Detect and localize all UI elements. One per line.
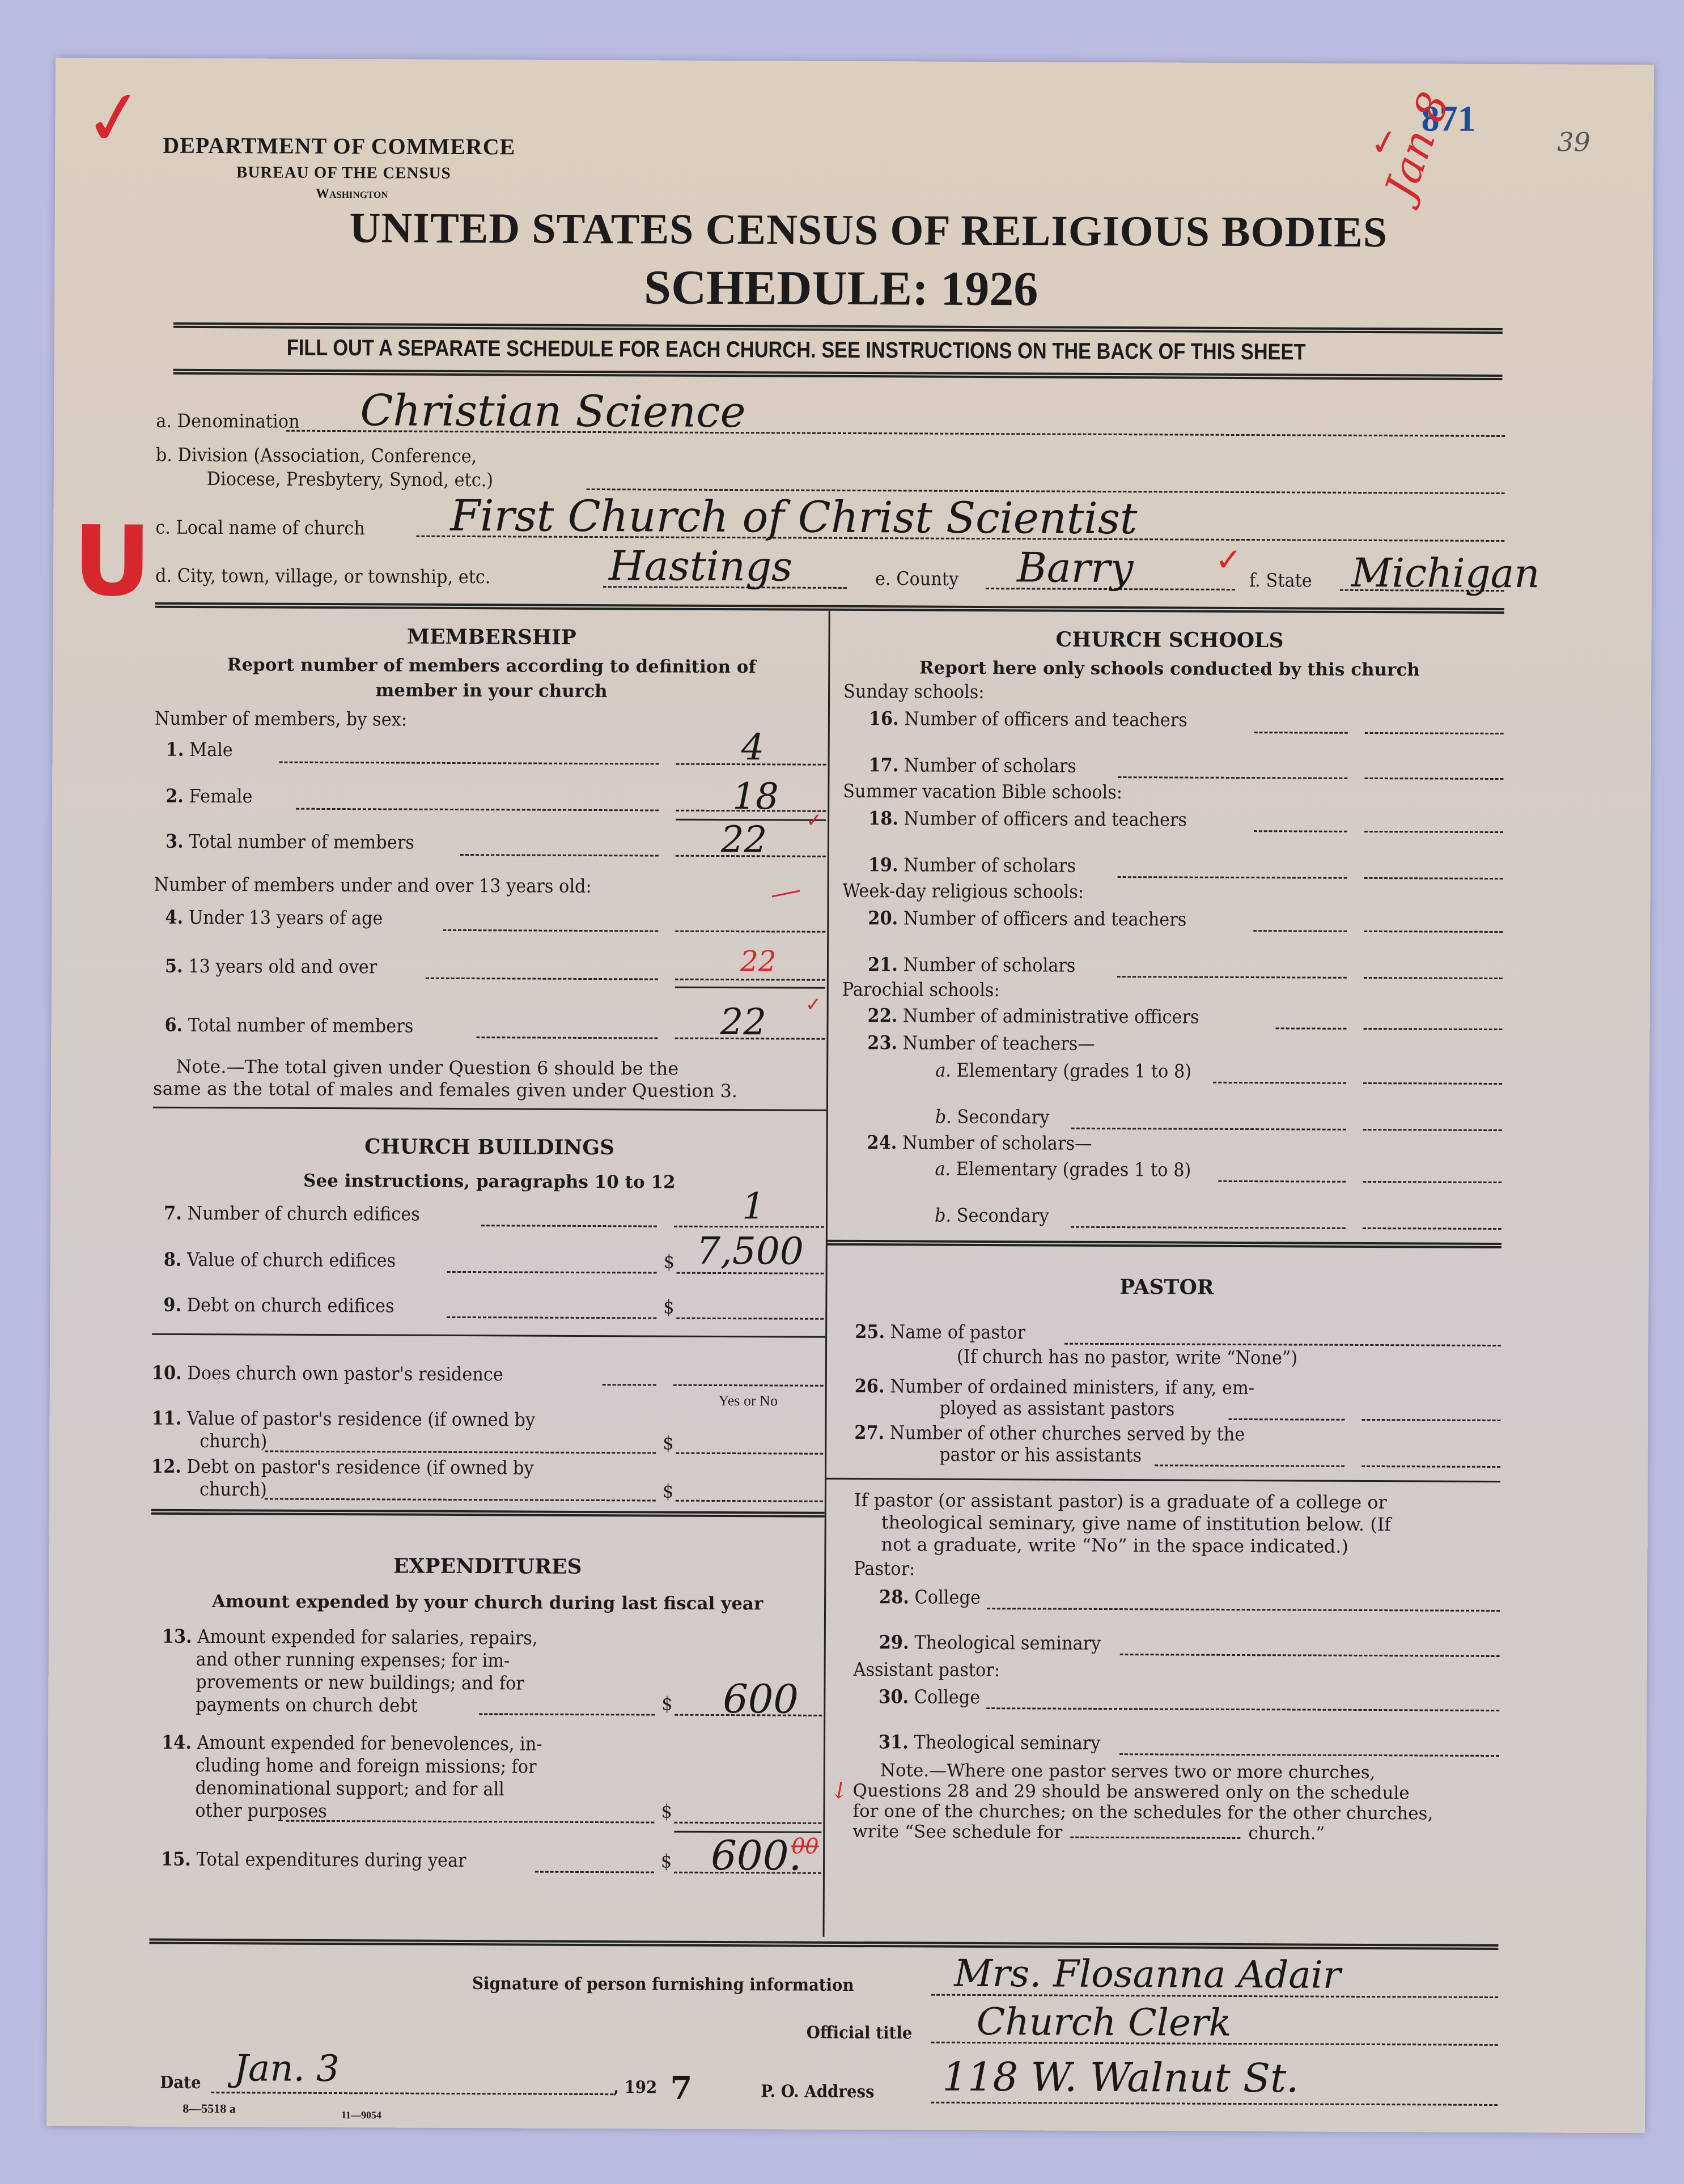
q10-residence-field[interactable]: [673, 1384, 824, 1387]
year-prefix: , 192: [613, 2077, 657, 2097]
q18-field[interactable]: [1364, 831, 1503, 833]
red-check-mark-icon: ✓: [78, 71, 151, 165]
document-title: UNITED STATES CENSUS OF RELIGIOUS BODIES: [349, 203, 1388, 257]
q5-answer-line: [675, 979, 825, 981]
q11-label-2: church): [200, 1430, 267, 1452]
address-field[interactable]: 118 W. Walnut St.: [942, 2054, 1299, 2102]
signature-field[interactable]: Mrs. Flosanna Adair: [954, 1952, 1341, 1997]
group-summer-bible-schools: Summer vacation Bible schools:: [843, 780, 1122, 803]
q11-residence-value-field[interactable]: [676, 1452, 823, 1455]
q20-label: 20. Number of officers and teachers: [868, 907, 1186, 930]
q22-leader: [1276, 1027, 1347, 1030]
official-title-label: Official title: [807, 2023, 913, 2043]
print-number: 11—9054: [341, 2109, 381, 2121]
membership-note: Note.—The total given under Question 6 s…: [153, 1056, 822, 1103]
buildings-heading: CHURCH BUILDINGS: [153, 1134, 826, 1161]
address-line: [931, 2102, 1498, 2106]
assistant-subgroup-label: Assistant pastor:: [853, 1658, 1000, 1681]
q17-leader: [1118, 776, 1347, 779]
local-name-label: c. Local name of church: [155, 516, 365, 539]
q10-leader: [603, 1384, 656, 1386]
q15-currency: $: [661, 1850, 672, 1872]
q5-label: 5. 13 years old and over: [165, 955, 377, 978]
q28-label: 28. College: [879, 1586, 981, 1608]
buildings-rule: [151, 1509, 825, 1518]
q24b-field[interactable]: [1363, 1227, 1501, 1230]
q23a-label: a. Elementary (grades 1 to 8): [935, 1059, 1191, 1082]
q27-field[interactable]: [1361, 1465, 1500, 1468]
q3-check-icon: ✓: [806, 809, 822, 832]
q26-label: 26. Number of ordained ministers, if any…: [855, 1375, 1255, 1399]
q26-leader: [1229, 1418, 1345, 1421]
q24b-leader: [1071, 1226, 1346, 1229]
q19-leader: [1118, 876, 1347, 879]
q21-field[interactable]: [1364, 977, 1503, 979]
header-rule-bottom: [173, 369, 1503, 380]
denomination-label: a. Denomination: [156, 410, 300, 432]
q16-field[interactable]: [1365, 732, 1504, 734]
membership-heading: MEMBERSHIP: [155, 624, 828, 651]
q22-field[interactable]: [1364, 1028, 1503, 1030]
q15-label: 15. Total expenditures during year: [161, 1848, 466, 1871]
q25-hint: (If church has no pastor, write “None”): [957, 1345, 1297, 1369]
q7-edifices-value[interactable]: 1: [742, 1186, 765, 1227]
q24a-leader: [1218, 1180, 1346, 1183]
q12-label-2: church): [200, 1478, 267, 1501]
q12-label: 12. Debt on pastor's residence (if owned…: [151, 1455, 534, 1479]
q27-leader: [1155, 1464, 1344, 1467]
pastor-heading: PASTOR: [832, 1274, 1501, 1301]
state-label: f. State: [1249, 569, 1312, 591]
q6-leader: [476, 1036, 658, 1039]
q31-label: 31. Theological seminary: [879, 1731, 1101, 1754]
q12-residence-debt-field[interactable]: [676, 1500, 823, 1502]
denomination-field[interactable]: Christian Science: [360, 385, 746, 437]
q20-field[interactable]: [1364, 930, 1503, 933]
q23b-label: b. Secondary: [935, 1106, 1050, 1128]
membership-rule: [153, 1107, 826, 1111]
q4-label: 4. Under 13 years of age: [165, 906, 383, 929]
signature-label: Signature of person furnishing informati…: [472, 1974, 854, 1995]
form-number: 8—5518 a: [183, 2101, 236, 2116]
q4-leader: [443, 929, 658, 932]
q5-13-and-over-value[interactable]: 22: [740, 945, 777, 978]
q12-currency: $: [663, 1480, 673, 1502]
q7-leader: [481, 1225, 657, 1227]
q3-leader: [460, 854, 659, 857]
q5-sum-rule: [675, 987, 825, 989]
q8-label: 8. Value of church edifices: [164, 1248, 396, 1272]
q4-red-dash: [772, 890, 800, 897]
bureau-city: Washington: [316, 186, 388, 202]
division-label-line2: Diocese, Presbytery, Synod, etc.): [207, 468, 494, 491]
q6-check-icon: ✓: [805, 993, 822, 1016]
q9-leader: [447, 1316, 656, 1319]
pastor-subgroup-label: Pastor:: [854, 1557, 915, 1579]
q8-value-field[interactable]: 7,500: [697, 1229, 804, 1273]
q24b-label: b. Secondary: [935, 1204, 1049, 1227]
department-name: DEPARTMENT OF COMMERCE: [163, 132, 515, 160]
date-field[interactable]: Jan. 3: [234, 2047, 340, 2090]
footer-rule: [149, 1939, 1498, 1950]
city-field[interactable]: Hastings: [609, 542, 792, 590]
q21-label: 21. Number of scholars: [868, 953, 1076, 976]
q16-leader: [1254, 732, 1348, 734]
q19-field[interactable]: [1364, 877, 1503, 879]
q15-cents-value: 00: [791, 1834, 819, 1859]
q19-label: 19. Number of scholars: [868, 853, 1076, 877]
q21-leader: [1117, 976, 1347, 979]
q9-currency: $: [663, 1296, 674, 1318]
q5-leader: [426, 978, 658, 980]
group-parochial-schools: Parochial schools:: [842, 978, 1000, 1001]
expenditures-subtitle: Amount expended by your church during la…: [151, 1591, 824, 1614]
official-title-field[interactable]: Church Clerk: [977, 2000, 1232, 2045]
q8-leader: [447, 1271, 657, 1274]
q24a-field[interactable]: [1363, 1181, 1501, 1183]
schools-rule: [827, 1240, 1501, 1248]
q26-label-2: ployed as assistant pastors: [940, 1397, 1175, 1420]
local-name-field[interactable]: First Church of Christ Scientist: [450, 490, 1137, 543]
pastor-rule: [826, 1478, 1500, 1482]
q2-female-value[interactable]: 18: [732, 776, 779, 818]
q23b-leader: [1071, 1128, 1346, 1131]
q18-leader: [1254, 830, 1347, 832]
census-schedule-paper: ✓ DEPARTMENT OF COMMERCE BUREAU OF THE C…: [46, 58, 1654, 2133]
q7-label: 7. Number of church edifices: [164, 1202, 420, 1225]
q17-label: 17. Number of scholars: [868, 754, 1076, 777]
q3-total-value[interactable]: 22: [721, 819, 767, 861]
year-suffix-field[interactable]: 7: [670, 2070, 692, 2107]
county-label: e. County: [875, 567, 958, 590]
buildings-mid-rule: [152, 1333, 825, 1338]
membership-subtitle-1: Report number of members according to de…: [155, 655, 828, 678]
q24-label: 24. Number of scholars—: [867, 1131, 1092, 1154]
q1-male-value[interactable]: 4: [741, 726, 765, 768]
age-group-label: Number of members under and over 13 year…: [154, 873, 592, 897]
pencil-number: 39: [1557, 126, 1590, 157]
yes-no-hint: Yes or No: [719, 1392, 778, 1409]
q25-label: 25. Name of pastor: [855, 1320, 1025, 1343]
q30-college-field[interactable]: [986, 1707, 1499, 1711]
q28-college-field[interactable]: [987, 1608, 1500, 1612]
q23a-field[interactable]: [1363, 1082, 1502, 1085]
q4-under-13-field[interactable]: [675, 930, 825, 933]
q20-leader: [1253, 930, 1347, 932]
q6-total-value[interactable]: 22: [720, 1001, 766, 1043]
q29-label: 29. Theological seminary: [879, 1631, 1101, 1654]
q13-label: 13. Amount expended for salaries, repair…: [162, 1625, 537, 1718]
members-by-sex-label: Number of members, by sex:: [155, 707, 407, 730]
membership-subtitle-2: member in your church: [155, 679, 828, 703]
q9-debt-field[interactable]: [676, 1318, 824, 1320]
red-u-mark: U: [73, 505, 152, 618]
q22-label: 22. Number of administrative officers: [868, 1004, 1199, 1028]
city-label: d. City, town, village, or township, etc…: [155, 564, 491, 588]
q6-label: 6. Total number of members: [164, 1014, 413, 1037]
q30-label: 30. College: [879, 1685, 980, 1708]
q1-label: 1. Male: [166, 738, 233, 761]
q27-label: 27. Number of other churches served by t…: [854, 1421, 1245, 1445]
q16-label: 16. Number of officers and teachers: [869, 707, 1187, 730]
q10-label: 10. Does church own pastor's residence: [152, 1362, 503, 1386]
q3-label: 3. Total number of members: [166, 830, 414, 853]
date-label: Date: [160, 2073, 201, 2093]
q13-currency: $: [661, 1693, 672, 1715]
fill-out-instruction: FILL OUT A SEPARATE SCHEDULE FOR EACH CH…: [287, 335, 1306, 366]
expenditures-heading: EXPENDITURES: [151, 1553, 824, 1580]
schools-heading: CHURCH SCHOOLS: [835, 627, 1504, 653]
schedule-year-title: SCHEDULE: 1926: [644, 258, 1038, 317]
q18-label: 18. Number of officers and teachers: [868, 807, 1187, 830]
header-rule-top: [173, 322, 1503, 334]
state-field[interactable]: Michigan: [1351, 550, 1540, 597]
q29-seminary-field[interactable]: [1120, 1654, 1500, 1657]
q15-total-expenditures-value[interactable]: 600.: [711, 1832, 802, 1880]
q14-label: 14. Amount expended for benevolences, in…: [161, 1731, 542, 1824]
q27-label-2: pastor or his assistants: [939, 1443, 1142, 1467]
q26-field[interactable]: [1362, 1419, 1501, 1421]
pastor-note: Note.—Where one pastor serves two or mor…: [852, 1760, 1499, 1845]
q23-label: 23. Number of teachers—: [867, 1031, 1095, 1055]
buildings-subtitle: See instructions, paragraphs 10 to 12: [152, 1170, 826, 1193]
q15-leader: [535, 1871, 654, 1873]
graduate-note: If pastor (or assistant pastor) is a gra…: [854, 1489, 1500, 1558]
q9-label: 9. Debt on church edifices: [163, 1294, 394, 1317]
county-check-icon: ✓: [1215, 542, 1242, 579]
group-sunday-schools: Sunday schools:: [843, 680, 985, 703]
date-line: [211, 2092, 613, 2095]
group-weekday-schools: Week-day religious schools:: [842, 879, 1084, 903]
q2-leader: [296, 808, 659, 811]
q11-leader: [265, 1450, 656, 1454]
q8-currency: $: [664, 1251, 675, 1273]
q17-field[interactable]: [1364, 777, 1503, 780]
q1-leader: [279, 762, 659, 765]
bureau-name: BUREAU OF THE CENSUS: [236, 163, 451, 183]
q14-benevolences-field[interactable]: [674, 1822, 821, 1824]
county-field[interactable]: Barry: [1017, 543, 1134, 592]
q23b-field[interactable]: [1363, 1129, 1502, 1131]
schools-subtitle: Report here only schools conducted by th…: [835, 657, 1504, 681]
address-label: P. O. Address: [761, 2081, 874, 2102]
red-arrow-mark-icon: ↙: [825, 1774, 855, 1806]
q11-label: 11. Value of pastor's residence (if owne…: [151, 1407, 535, 1431]
q23a-leader: [1213, 1082, 1346, 1084]
q11-currency: $: [663, 1432, 673, 1454]
q24a-label: a. Elementary (grades 1 to 8): [935, 1158, 1191, 1181]
division-label-line1: b. Division (Association, Conference,: [156, 444, 477, 467]
q31-seminary-field[interactable]: [1119, 1753, 1499, 1757]
q14-currency: $: [661, 1800, 672, 1822]
q2-label: 2. Female: [166, 785, 252, 808]
see-schedule-field[interactable]: [1070, 1837, 1240, 1839]
q13-running-expenses-value[interactable]: 600: [723, 1676, 799, 1723]
q12-leader: [265, 1498, 656, 1501]
